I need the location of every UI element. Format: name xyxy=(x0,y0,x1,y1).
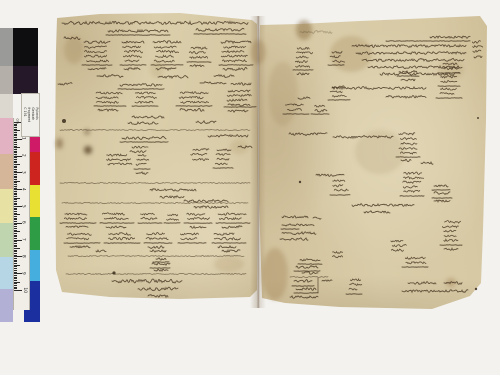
digitized-manuscript-photo: cm The John Rylands University Library, … xyxy=(0,0,500,375)
ruler-number: 3 xyxy=(20,171,25,174)
parchment-stain xyxy=(268,62,298,126)
parchment-stain xyxy=(355,130,405,174)
shelfmark-line: Genizah xyxy=(31,108,35,123)
color-patch xyxy=(0,118,13,154)
shelfmark-label: Rylands Genizah fragment C 191 xyxy=(21,93,40,137)
color-patch xyxy=(0,154,13,189)
ruler-number: 8 xyxy=(20,255,25,258)
color-patch xyxy=(0,94,13,118)
ruler-number: 1 xyxy=(20,137,25,140)
ruler-number: 6 xyxy=(20,221,25,224)
spine-fold xyxy=(250,16,266,308)
ruler-number: 2 xyxy=(20,154,25,157)
shelfmark-line: fragment xyxy=(27,108,31,123)
ruler-number: 7 xyxy=(20,238,25,241)
parchment-stain xyxy=(56,138,63,149)
parchment-stain xyxy=(446,278,456,287)
parchment-stain xyxy=(214,256,244,272)
color-patch xyxy=(0,28,13,66)
color-calibration-bar: cm The John Rylands University Library, … xyxy=(0,28,40,322)
ruler: cm The John Rylands University Library, … xyxy=(13,118,30,310)
parchment-stain xyxy=(84,146,92,154)
color-patch xyxy=(13,28,38,66)
ruler-number: 10 xyxy=(22,287,27,293)
ruler-number: 5 xyxy=(20,204,25,207)
parchment-stain xyxy=(64,36,84,64)
parchment-stain xyxy=(438,60,464,80)
parchment-stain xyxy=(296,20,312,40)
parchment-stain xyxy=(230,140,248,154)
color-patch xyxy=(0,289,13,322)
color-patch xyxy=(0,223,13,257)
color-patch xyxy=(0,257,13,289)
parchment-stain xyxy=(84,129,90,135)
color-patch xyxy=(0,66,13,94)
parchment-stain xyxy=(330,36,372,72)
color-patch xyxy=(13,66,38,94)
ruler-number: 9 xyxy=(20,272,25,275)
ruler-number: 4 xyxy=(20,188,25,191)
parchment-stain xyxy=(150,60,164,78)
shelfmark-text: Rylands Genizah fragment C 191 xyxy=(23,108,38,123)
color-patch xyxy=(0,189,13,223)
